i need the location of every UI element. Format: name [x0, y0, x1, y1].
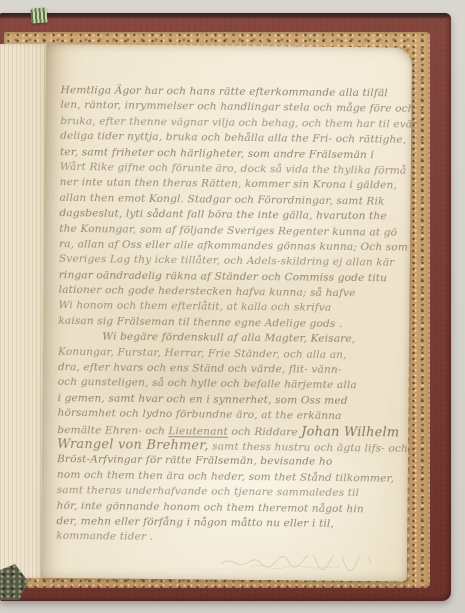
- handwriting-segment: len, räntor, inrymmelser och handlingar …: [60, 99, 414, 115]
- name-latin-script: Wrangel von Brehmer,: [57, 437, 209, 454]
- pencil-annotation: [219, 555, 389, 573]
- handwriting-segment: och gunsteligen, så och hylle och befall…: [58, 376, 357, 391]
- handwriting-segment: samt thess hustru och ägta lifs- och: [209, 441, 408, 455]
- handwriting-segment: kaisan sig Frälseman til thenne egne Ade…: [58, 315, 342, 330]
- handwriting-segment: bruka, efter thenne vägnar vilja och beh…: [60, 115, 417, 130]
- handwriting-segment: och Riddare: [228, 425, 301, 438]
- photo-backdrop: Hemtliga Ägor har och hans rätte efterko…: [0, 0, 465, 613]
- handwriting-segment: the Konungar, som af följande Sveriges R…: [59, 222, 397, 238]
- underlined-word: Lieutenant: [168, 425, 228, 438]
- handwriting-segment: ringar oändradelig räkna af Ständer och …: [59, 269, 387, 284]
- handwriting-segment: kommande tider .: [56, 530, 153, 543]
- handwriting-segment: Wi begäre fördenskull af alla Magter, Ke…: [102, 331, 355, 345]
- manuscript-text: Hemtliga Ägor har och hans rätte efterko…: [56, 83, 406, 548]
- handwriting-segment: samt theras underhafvande och tjenare sa…: [57, 484, 360, 499]
- handwriting-segment: bemälte Ehren- och: [57, 424, 168, 437]
- handwriting-segment: der, mehn eller förfång i någon måtto nu…: [56, 515, 334, 530]
- handwriting-segment: Bröst-Arfvingar för rätte Frälsemän, bev…: [57, 454, 332, 469]
- book-cover: Hemtliga Ägor har och hans rätte efterko…: [0, 13, 451, 601]
- handwriting-segment: deliga tider nyttja, bruka och behålla a…: [60, 130, 406, 146]
- handwriting-segment: ra, allan af Oss eller alle afkommandes …: [59, 238, 408, 253]
- manuscript-line: kommande tider .: [56, 529, 402, 548]
- handwriting-segment: Wi honom och them efterlåtit, at kalla o…: [58, 300, 331, 315]
- handwriting-segment: Hemtliga Ägor har och hans rätte efterko…: [61, 84, 388, 99]
- name-latin-script: Johan Wilhelm: [301, 424, 399, 440]
- handwriting-segment: Wårt Rike gifne och förunte äro, dock så…: [60, 161, 407, 177]
- handwriting-segment: dra, efter hvars och ens Ständ och värde…: [58, 361, 342, 376]
- handwriting-segment: i gemen, samt hvar och en i synnerhet, s…: [58, 392, 348, 407]
- handwriting-segment: hör, inte gönnande honom och them therem…: [57, 499, 364, 515]
- handwriting-segment: ner inte utan then theras Rätten, kommer…: [60, 176, 397, 191]
- handwriting-segment: Konungar, Furstar, Herrar, Frie Ständer,…: [58, 345, 347, 360]
- handwriting-segment: allan then emot Kongl. Stadgar och Föror…: [59, 192, 384, 208]
- handwriting-segment: lationer och gode hederstecken hafva kun…: [59, 284, 356, 299]
- handwriting-segment: hörsamhet och lydno förbundne äro, at th…: [57, 407, 341, 422]
- handwriting-segment: nom och them then ära och heder, som the…: [57, 469, 394, 485]
- handwriting-segment: dagsbeslut, lyti sådant fall böra the in…: [59, 207, 386, 222]
- handwriting-segment: ter, samt friheter och härligheter, som …: [60, 146, 374, 161]
- manuscript-page: Hemtliga Ägor har och hans rätte efterko…: [41, 44, 412, 581]
- endband: [30, 7, 47, 23]
- handwriting-segment: Sveriges Lag thy icke tillåter, och Adel…: [59, 253, 395, 269]
